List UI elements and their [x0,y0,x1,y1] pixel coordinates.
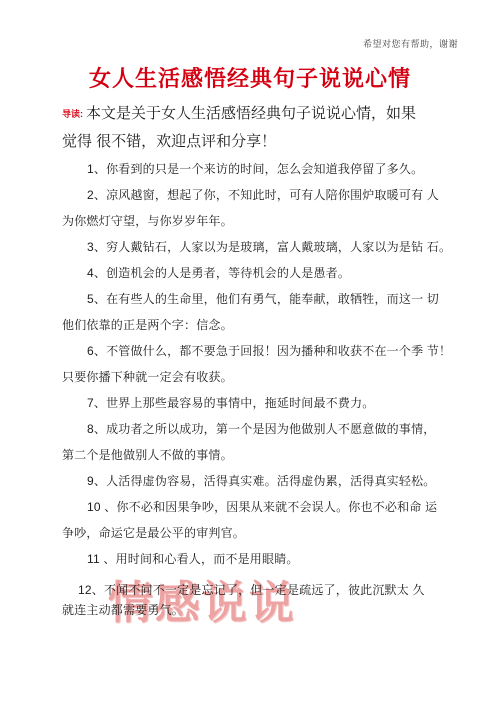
page-title: 女人生活感悟经典句子说说心情 [0,63,500,95]
intro-paragraph: 导读:本文是关于女人生活感悟经典句子说说心情，如果 觉得 很不错，欢迎点评和分享… [62,100,462,156]
body-line: 2、凉风越窗，想起了你，不知此时，可有人陪你围炉取暖可有 人 [62,182,464,208]
body-line: 第二个是他做别人不做的事情。 [62,442,464,468]
body-text: 1、你看到的只是一个来访的时间，怎么会知道我停留了多久。2、凉风越窗，想起了你，… [62,156,464,620]
body-line: 为你燃灯守望，与你岁岁年年。 [62,208,464,234]
body-line: 11 、用时间和心看人，而不是用眼睛。 [62,546,464,572]
body-line: 12、不闻不问不一定是忘记了，但一定是疏远了，彼此沉默太 久 [62,580,464,600]
body-line: 9、人活得虚伪容易，活得真实难。活得虚伪累，活得真实轻松。 [62,468,464,494]
document-page: 情感说说 希望对您有帮助，谢谢 女人生活感悟经典句子说说心情 导读:本文是关于女… [0,0,500,708]
body-line: 4、创造机会的人是勇者，等待机会的人是愚者。 [62,260,464,286]
body-line: 6、不管做什么，都不要急于回报！因为播种和收获不在一个季 节！ [62,338,464,364]
body-line: 只要你播下种就一定会有收获。 [62,364,464,390]
intro-label: 导读: [62,109,83,119]
body-line: 就连主动都需要勇气。 [62,600,464,620]
intro-line-1: 导读:本文是关于女人生活感悟经典句子说说心情，如果 [62,100,462,128]
intro-line-2: 觉得 很不错，欢迎点评和分享！ [62,128,462,156]
intro-line-1-text: 本文是关于女人生活感悟经典句子说说心情，如果 [86,105,416,122]
body-line: 7、世界上那些最容易的事情中，拖延时间最不费力。 [62,390,464,416]
body-line: 争吵，命运它是最公平的审判官。 [62,520,464,546]
body-line: 5、在有些人的生命里，他们有勇气，能奉献，敢牺牲，而这一 切 [62,286,464,312]
body-line: 10 、你不必和因果争吵，因果从来就不会误人。你也不必和命 运 [62,494,464,520]
body-line: 3、穷人戴钻石，人家以为是玻璃，富人戴玻璃，人家以为是钻 石。 [62,234,464,260]
body-line: 1、你看到的只是一个来访的时间，怎么会知道我停留了多久。 [62,156,464,182]
body-line: 8、成功者之所以成功，第一个是因为他做别人不愿意做的事情， [62,416,464,442]
header-note: 希望对您有帮助，谢谢 [363,37,458,50]
body-line: 他们依靠的正是两个字：信念。 [62,312,464,338]
